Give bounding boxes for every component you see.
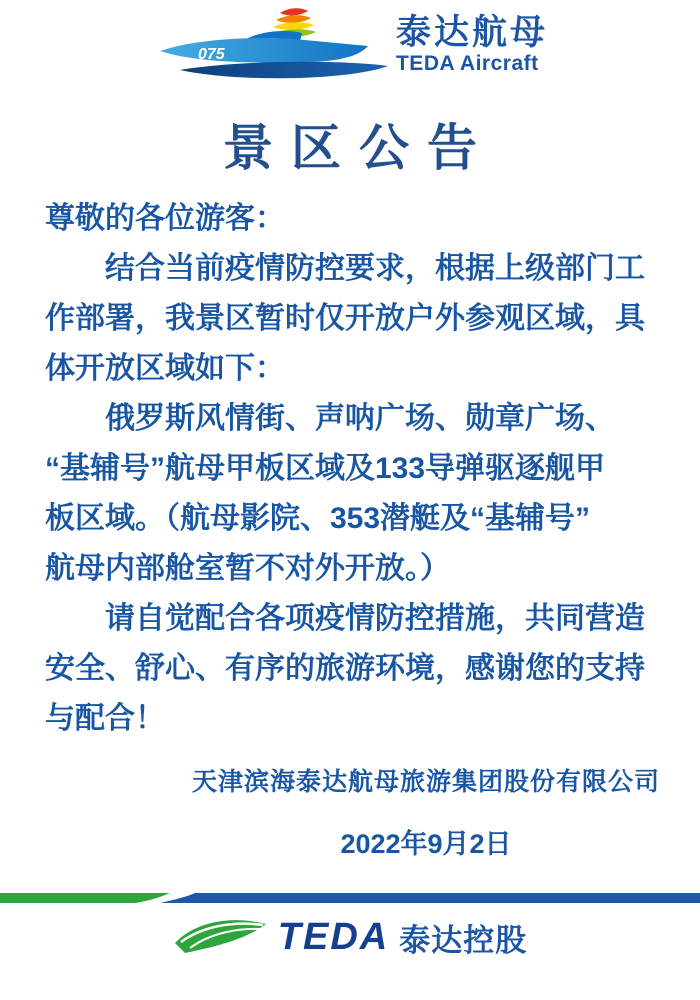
header-brand-cn: 泰达航母 [396, 15, 548, 52]
footer-divider [0, 893, 700, 903]
flag-red-shape [280, 8, 308, 15]
header-logo: 075 泰达航母 TEDA Aircraft [0, 6, 700, 84]
hull-number-label: 075 [198, 46, 226, 63]
header-brand: 泰达航母 TEDA Aircraft [396, 15, 548, 76]
notice-page: 075 泰达航母 TEDA Aircraft 景区公告 尊敬的各位游客： 结合当… [0, 0, 700, 1000]
divider-green-swoosh [0, 893, 170, 903]
ship-wake-swoosh [180, 62, 388, 79]
signature-date: 2022年9月2日 [192, 822, 660, 861]
footer-logo: TEDA 泰达控股 [0, 912, 700, 962]
paragraph-3: 请自觉配合各项疫情防控措施，共同营造 安全、舒心、有序的旅游环境，感谢您的支持 … [45, 594, 655, 744]
notice-body: 尊敬的各位游客： 结合当前疫情防控要求，根据上级部门工 作部署，我景区暂时仅开放… [45, 194, 655, 744]
paragraph-2: 俄罗斯风情街、声呐广场、勋章广场、 “基辅号”航母甲板区域及133导弹驱逐舰甲 … [45, 394, 655, 594]
teda-leaf-icon [173, 915, 268, 959]
signature-company: 天津滨海泰达航母旅游集团股份有限公司 [192, 762, 660, 798]
footer-brand-cn: 泰达控股 [399, 915, 527, 960]
flag-yellow-shape [273, 22, 314, 30]
signature-block: 天津滨海泰达航母旅游集团股份有限公司 2022年9月2日 [192, 762, 660, 861]
divider-blue-bar [160, 893, 700, 903]
flag-orange-shape [276, 15, 311, 23]
footer-brand-en: TEDA [278, 916, 389, 959]
ship-hull [160, 38, 368, 63]
header-brand-en: TEDA Aircraft [396, 53, 539, 75]
paragraph-1: 结合当前疫情防控要求，根据上级部门工 作部署，我景区暂时仅开放户外参观区域，具 … [45, 244, 655, 394]
greeting-line: 尊敬的各位游客： [45, 194, 655, 244]
notice-title: 景区公告 [0, 108, 700, 180]
carrier-ship-icon: 075 [152, 6, 392, 84]
